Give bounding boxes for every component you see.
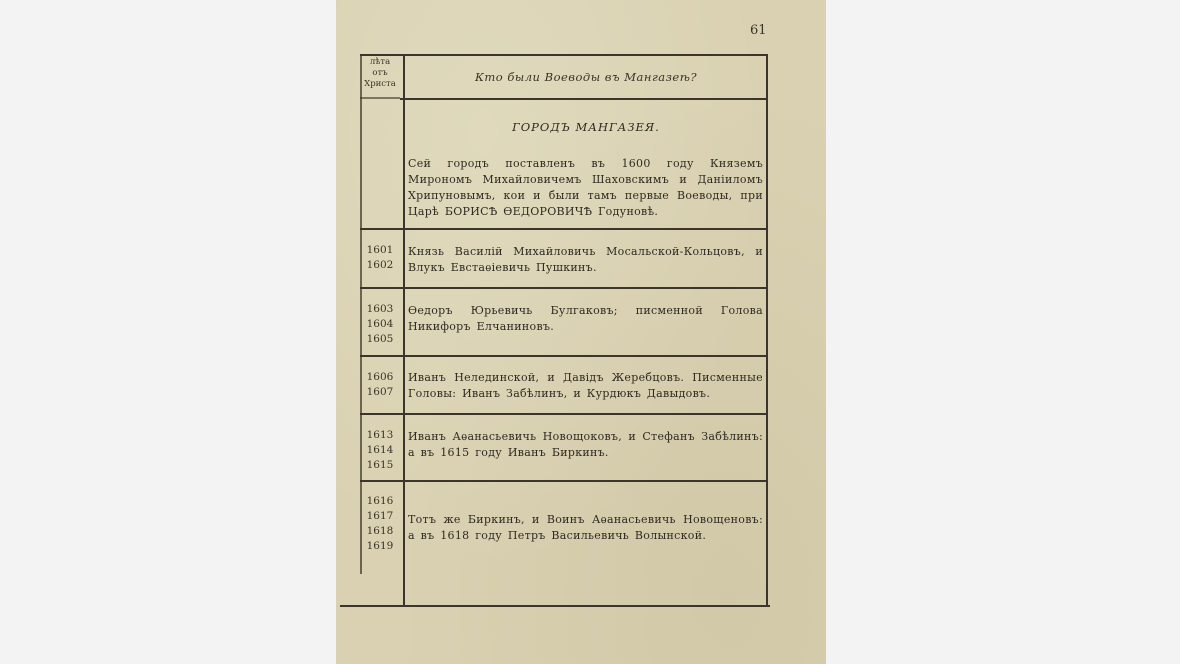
entry-text: Иванъ Нелединской, и Давідъ Жеребцовъ. П… — [408, 370, 763, 402]
years-cell: 1606 1607 — [360, 370, 400, 400]
row-separator — [360, 287, 766, 289]
entry-text: Князь Василій Михайловичь Мосальской-Кол… — [408, 244, 763, 276]
year: 1606 — [360, 370, 400, 385]
years-cell: 1603 1604 1605 — [360, 302, 400, 347]
year: 1605 — [360, 332, 400, 347]
column-divider — [403, 54, 405, 605]
year: 1607 — [360, 385, 400, 400]
year: 1619 — [360, 539, 400, 554]
header-line: отъ — [360, 68, 400, 79]
header-line: Христа — [360, 79, 400, 90]
year-column-header: лѣта отъ Христа — [360, 57, 400, 90]
table-top-border — [360, 54, 766, 56]
row-separator — [360, 413, 766, 415]
row-separator — [360, 228, 766, 230]
table-bottom-border — [340, 605, 770, 607]
table-title: Кто были Воеводы въ Мангазеѣ? — [406, 70, 766, 84]
year: 1603 — [360, 302, 400, 317]
entry-text: Тотъ же Биркинъ, и Воинъ Аѳанасьевичь Но… — [408, 512, 763, 544]
page-number: 61 — [750, 23, 767, 38]
years-cell: 1601 1602 — [360, 243, 400, 273]
year: 1613 — [360, 428, 400, 443]
book-page: 61 лѣта отъ Христа Кто были Воеводы въ М… — [336, 0, 826, 664]
years-cell: 1613 1614 1615 — [360, 428, 400, 473]
table-right-border — [766, 54, 768, 605]
year: 1617 — [360, 509, 400, 524]
header-line: лѣта — [360, 57, 400, 68]
row-separator — [360, 355, 766, 357]
header-bottom-border — [400, 98, 766, 100]
intro-paragraph: Сей городъ поставленъ въ 1600 году Князе… — [408, 156, 763, 220]
header-bottom-border — [360, 97, 400, 99]
year: 1616 — [360, 494, 400, 509]
year: 1602 — [360, 258, 400, 273]
year: 1601 — [360, 243, 400, 258]
city-heading: ГОРОДЪ МАНГАЗЕЯ. — [406, 120, 766, 134]
entry-text: Иванъ Аѳанасьевичь Новощоковъ, и Стефанъ… — [408, 429, 763, 461]
entry-text: Ѳедоръ Юрьевичь Булгаковъ; писменной Гол… — [408, 303, 763, 335]
year: 1615 — [360, 458, 400, 473]
year: 1614 — [360, 443, 400, 458]
years-cell: 1616 1617 1618 1619 — [360, 494, 400, 554]
year: 1604 — [360, 317, 400, 332]
year: 1618 — [360, 524, 400, 539]
row-separator — [360, 480, 766, 482]
